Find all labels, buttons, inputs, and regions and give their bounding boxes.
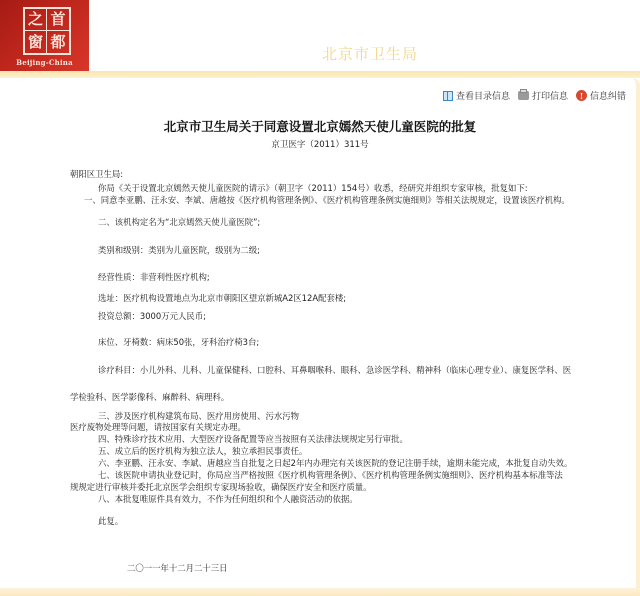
report-error-label: 信息纠错 bbox=[590, 89, 626, 102]
document-title: 北京市卫生局关于同意设置北京嫣然天使儿童医院的批复 bbox=[0, 117, 640, 135]
footer-divider bbox=[0, 588, 640, 596]
addressee: 朝阳区卫生局: bbox=[70, 169, 123, 180]
error-report-icon: ! bbox=[576, 90, 587, 101]
intro-paragraph: 你局《关于设置北京嫣然天使儿童医院的请示》（朝卫字（2011）154号）收悉，经… bbox=[98, 183, 528, 194]
item-1: 一、同意李亚鹏、汪永安、李斌、唐越按《医疗机构管理条例》、《医疗机构管理条例实施… bbox=[84, 195, 570, 206]
item-2: 二、该机构定名为“北京嫣然天使儿童医院”; bbox=[98, 217, 260, 228]
document-number: 京卫医字（2011）311号 bbox=[0, 138, 640, 150]
site-line: 选址：医疗机构设置地点为北京市朝阳区望京新城A2区12A配套楼; bbox=[98, 293, 346, 304]
site-header: 之 首 窗 都 Beijing-China 北京市卫生局 bbox=[0, 0, 640, 72]
item-7-line-2: 规规定进行审核并委托北京医学会组织专家现场验收，确保医疗安全和医疗质量。 bbox=[70, 482, 372, 493]
catalog-icon bbox=[443, 91, 453, 101]
document-date: 二〇一一年十二月二十三日 bbox=[127, 563, 228, 574]
header-divider bbox=[0, 71, 640, 78]
investment-line: 投资总额：3000万元人民币; bbox=[98, 311, 206, 322]
print-label: 打印信息 bbox=[532, 89, 568, 102]
beds-line: 床位、牙椅数：病床50张，牙科治疗椅3台; bbox=[98, 337, 259, 348]
logo-char: 都 bbox=[47, 31, 69, 53]
logo-char: 之 bbox=[25, 9, 47, 31]
closing: 此复。 bbox=[98, 516, 123, 527]
item-7-line-1: 七、该医院申请执业登记时，你局应当严格按照《医疗机构管理条例》、《医疗机构管理条… bbox=[98, 470, 563, 481]
departments-line-1: 诊疗科目：小儿外科、儿科、儿童保健科、口腔科、耳鼻咽喉科、眼科、急诊医学科、精神… bbox=[98, 365, 571, 376]
logo-char: 首 bbox=[47, 9, 69, 31]
logo-mark: 之 首 窗 都 bbox=[23, 7, 71, 55]
departments-line-2: 学检验科、医学影像科、麻醉科、病理科。 bbox=[70, 392, 229, 403]
view-catalog-label: 查看目录信息 bbox=[456, 89, 510, 102]
logo-english-text: Beijing-China bbox=[0, 58, 89, 67]
category-line: 类别和级别：类别为儿童医院，级别为二级; bbox=[98, 245, 260, 256]
nature-line: 经营性质：非营利性医疗机构; bbox=[98, 272, 210, 283]
report-error-button[interactable]: ! 信息纠错 bbox=[576, 89, 626, 102]
logo-char: 窗 bbox=[25, 31, 47, 53]
document-toolbar: 查看目录信息 打印信息 ! 信息纠错 bbox=[443, 89, 626, 102]
beijing-china-logo[interactable]: 之 首 窗 都 Beijing-China bbox=[0, 0, 89, 71]
item-8: 八、本批复唯原件具有效力，不作为任何组织和个人融资活动的依据。 bbox=[98, 494, 358, 505]
print-icon bbox=[518, 91, 529, 100]
site-title: 北京市卫生局 bbox=[322, 43, 418, 64]
print-button[interactable]: 打印信息 bbox=[518, 89, 568, 102]
item-3-line-1: 三、涉及医疗机构建筑布局、医疗用房使用、污水污物 bbox=[98, 411, 299, 422]
item-4: 四、特殊诊疗技术应用、大型医疗设备配置等应当按照有关法律法规规定另行审批。 bbox=[98, 434, 408, 445]
view-catalog-button[interactable]: 查看目录信息 bbox=[443, 89, 510, 102]
document-panel bbox=[0, 78, 640, 588]
item-3-line-2: 医疗废物处理等问题，请按国家有关规定办理。 bbox=[70, 422, 246, 433]
item-6: 六、李亚鹏、汪永安、李斌、唐越应当自批复之日起2年内办理完有关该医院的登记注册手… bbox=[98, 458, 572, 469]
item-5: 五、成立后的医疗机构为独立法人，独立承担民事责任。 bbox=[98, 446, 307, 457]
